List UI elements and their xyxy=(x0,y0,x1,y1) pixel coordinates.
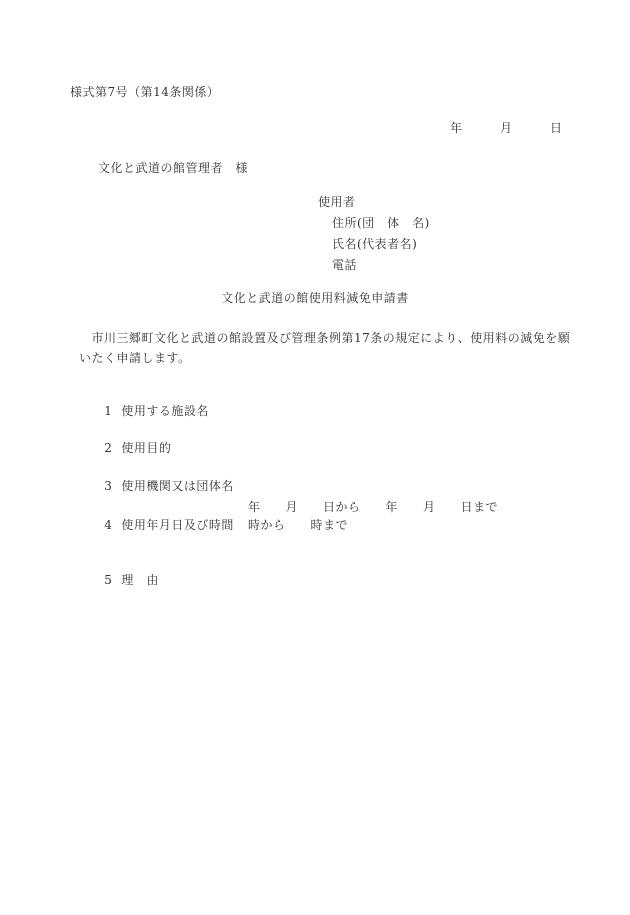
applicant-address-label: 住所(団 体 名) xyxy=(332,214,430,232)
form-number: 様式第7号（第14条関係） xyxy=(70,83,219,101)
item-4-label: 使用年月日及び時間 xyxy=(121,518,234,532)
body-paragraph-line-2: いたく申請します。 xyxy=(79,349,191,367)
body-paragraph-line-1: 市川三郷町文化と武道の館設置及び管理条例第17条の規定により、使用料の減免を願 xyxy=(79,329,570,347)
item-4-date-range-blanks: 年 月 日から 年 月 日まで xyxy=(248,498,498,516)
application-form-page: 様式第7号（第14条関係） 年 月 日 文化と武道の館管理者 様 使用者 住所(… xyxy=(0,0,630,915)
applicant-name-label: 氏名(代表者名) xyxy=(332,235,417,253)
applicant-phone-label: 電話 xyxy=(332,256,357,274)
item-1-number: 1 xyxy=(104,404,112,418)
item-2-label: 使用目的 xyxy=(121,441,171,455)
item-5-label: 理 由 xyxy=(121,573,159,587)
date-line: 年 月 日 xyxy=(450,119,563,137)
item-3-label: 使用機関又は団体名 xyxy=(121,479,234,493)
document-title: 文化と武道の館使用料減免申請書 xyxy=(0,289,630,307)
item-2-number: 2 xyxy=(104,441,112,455)
applicant-heading: 使用者 xyxy=(318,193,356,211)
item-3-number: 3 xyxy=(104,479,112,493)
item-5-number: 5 xyxy=(104,573,112,587)
item-row-5: 5理 由 xyxy=(87,553,159,607)
item-row-4: 4使用年月日及び時間 xyxy=(87,498,234,552)
item-4-number: 4 xyxy=(104,518,112,532)
item-1-label: 使用する施設名 xyxy=(121,404,209,418)
item-4-time-range-blanks: 時から 時まで xyxy=(248,516,348,534)
addressee: 文化と武道の館管理者 様 xyxy=(98,159,248,177)
